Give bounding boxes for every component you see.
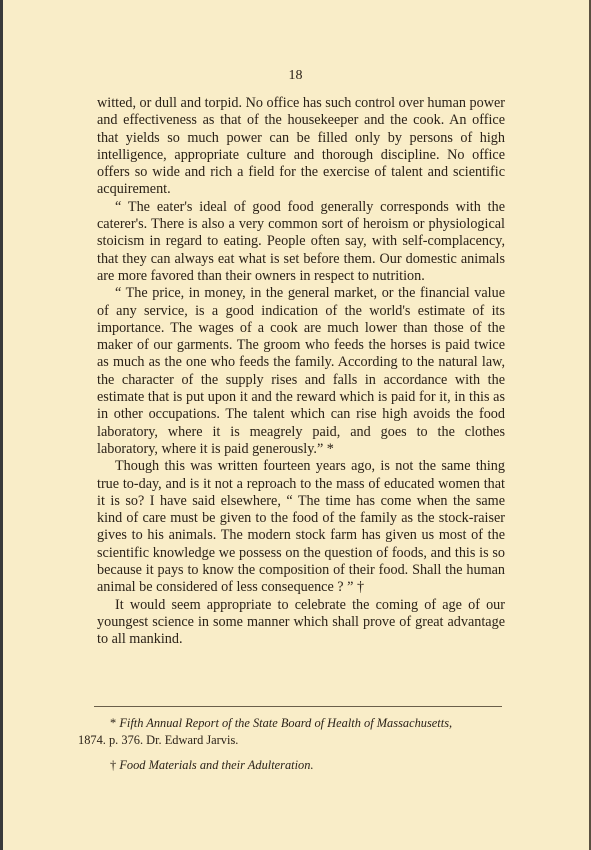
footnote-2: † Food Materials and their Adulteration. [94,757,504,774]
paragraph-2: “ The eater's ideal of good food general… [97,199,505,285]
footnotes: * Fifth Annual Report of the State Board… [94,715,504,782]
paragraph-1: witted, or dull and torpid. No office ha… [97,95,505,199]
footnote-1-rest: 1874. p. 376. Dr. Edward Jarvis. [78,732,238,749]
footnote-1-marker: * [110,716,116,730]
footnote-2-title: Food Materials and their Adulteration. [119,758,313,772]
paragraph-4: Though this was written fourteen years a… [97,458,505,596]
footnote-1: * Fifth Annual Report of the State Board… [94,715,504,749]
page-left-edge [0,0,3,850]
footnote-divider [94,706,502,707]
footnote-2-marker: † [110,758,116,772]
page-number: 18 [0,68,591,84]
paragraph-3: “ The price, in money, in the general ma… [97,285,505,458]
document-page: 18 witted, or dull and torpid. No office… [0,0,591,850]
paragraph-5: It would seem appropriate to celebrate t… [97,597,505,649]
footnote-1-title: Fifth Annual Report of the State Board o… [119,716,452,730]
body-text: witted, or dull and torpid. No office ha… [97,95,505,649]
